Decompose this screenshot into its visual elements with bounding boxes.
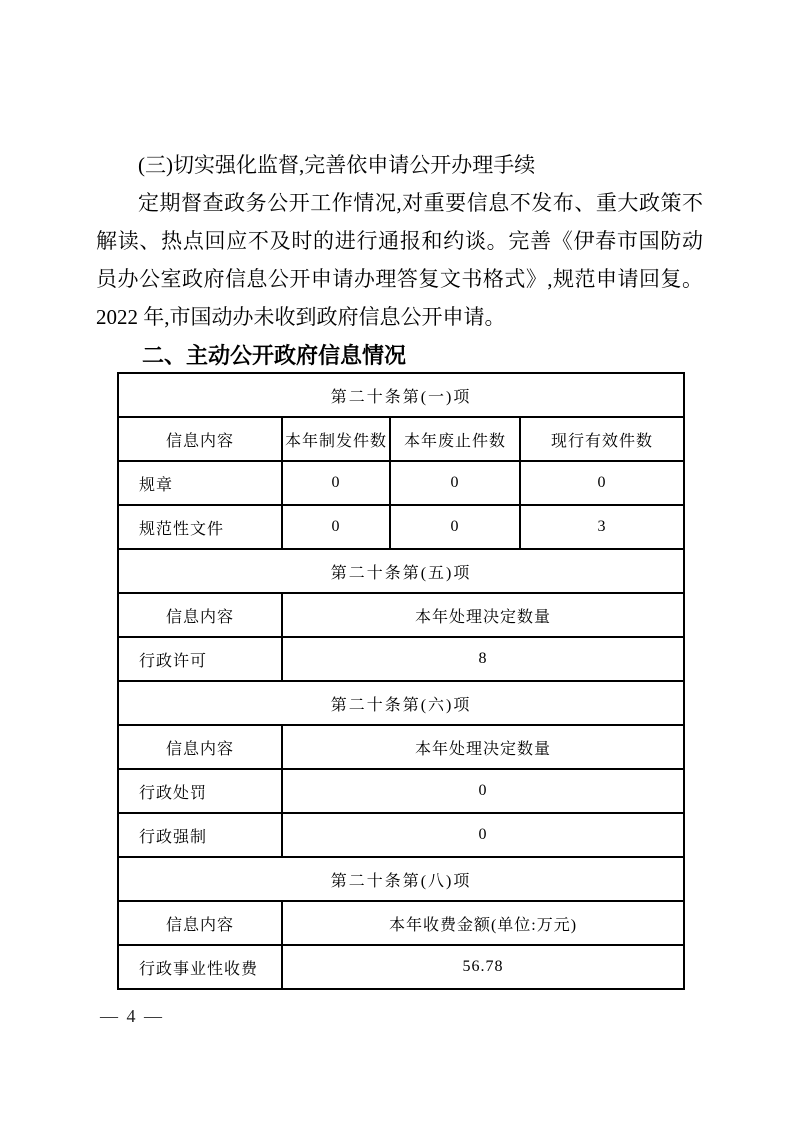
section-title: 第二十条第(八)项 (118, 857, 684, 901)
value-cell: 0 (282, 769, 684, 813)
column-header: 信息内容 (118, 901, 282, 945)
value-cell: 8 (282, 637, 684, 681)
value-cell: 3 (520, 505, 684, 549)
column-header: 信息内容 (118, 417, 282, 461)
column-header: 本年处理决定数量 (282, 593, 684, 637)
row-label: 行政许可 (118, 637, 282, 681)
value-cell: 0 (282, 461, 390, 505)
column-header: 本年收费金额(单位:万元) (282, 901, 684, 945)
column-header: 信息内容 (118, 593, 282, 637)
document-page: (三)切实强化监督,完善依申请公开办理手续 定期督查政务公开工作情况,对重要信息… (0, 0, 793, 1122)
table-row: 行政强制 0 (118, 813, 684, 857)
table-header-row: 信息内容 本年收费金额(单位:万元) (118, 901, 684, 945)
section-title-row: 第二十条第(五)项 (118, 549, 684, 593)
section-title: 第二十条第(五)项 (118, 549, 684, 593)
value-cell: 0 (520, 461, 684, 505)
value-cell: 0 (390, 461, 520, 505)
value-cell: 0 (390, 505, 520, 549)
body-paragraph: 定期督查政务公开工作情况,对重要信息不发布、重大政策不解读、热点回应不及时的进行… (96, 184, 703, 336)
value-cell: 0 (282, 813, 684, 857)
value-cell: 56.78 (282, 945, 684, 989)
row-label: 行政事业性收费 (118, 945, 282, 989)
row-label: 规章 (118, 461, 282, 505)
table-row: 行政许可 8 (118, 637, 684, 681)
section-2-heading: 二、主动公开政府信息情况 (96, 342, 703, 370)
section-title: 第二十条第(六)项 (118, 681, 684, 725)
row-label: 规范性文件 (118, 505, 282, 549)
page-number: — 4 — (100, 1006, 164, 1027)
row-label: 行政处罚 (118, 769, 282, 813)
table-header-row: 信息内容 本年处理决定数量 (118, 593, 684, 637)
section-title-row: 第二十条第(一)项 (118, 373, 684, 417)
table-row: 规章 0 0 0 (118, 461, 684, 505)
column-header: 信息内容 (118, 725, 282, 769)
section-title: 第二十条第(一)项 (118, 373, 684, 417)
table-header-row: 信息内容 本年处理决定数量 (118, 725, 684, 769)
value-cell: 0 (282, 505, 390, 549)
table-row: 规范性文件 0 0 3 (118, 505, 684, 549)
section-3-heading: (三)切实强化监督,完善依申请公开办理手续 (96, 146, 703, 184)
table-row: 行政事业性收费 56.78 (118, 945, 684, 989)
column-header: 本年制发件数 (282, 417, 390, 461)
section-title-row: 第二十条第(六)项 (118, 681, 684, 725)
table-header-row: 信息内容 本年制发件数 本年废止件数 现行有效件数 (118, 417, 684, 461)
row-label: 行政强制 (118, 813, 282, 857)
section-title-row: 第二十条第(八)项 (118, 857, 684, 901)
disclosure-table: 第二十条第(一)项 信息内容 本年制发件数 本年废止件数 现行有效件数 规章 0… (117, 372, 685, 990)
column-header: 本年废止件数 (390, 417, 520, 461)
column-header: 现行有效件数 (520, 417, 684, 461)
page-content: (三)切实强化监督,完善依申请公开办理手续 定期督查政务公开工作情况,对重要信息… (0, 0, 793, 990)
column-header: 本年处理决定数量 (282, 725, 684, 769)
table-row: 行政处罚 0 (118, 769, 684, 813)
